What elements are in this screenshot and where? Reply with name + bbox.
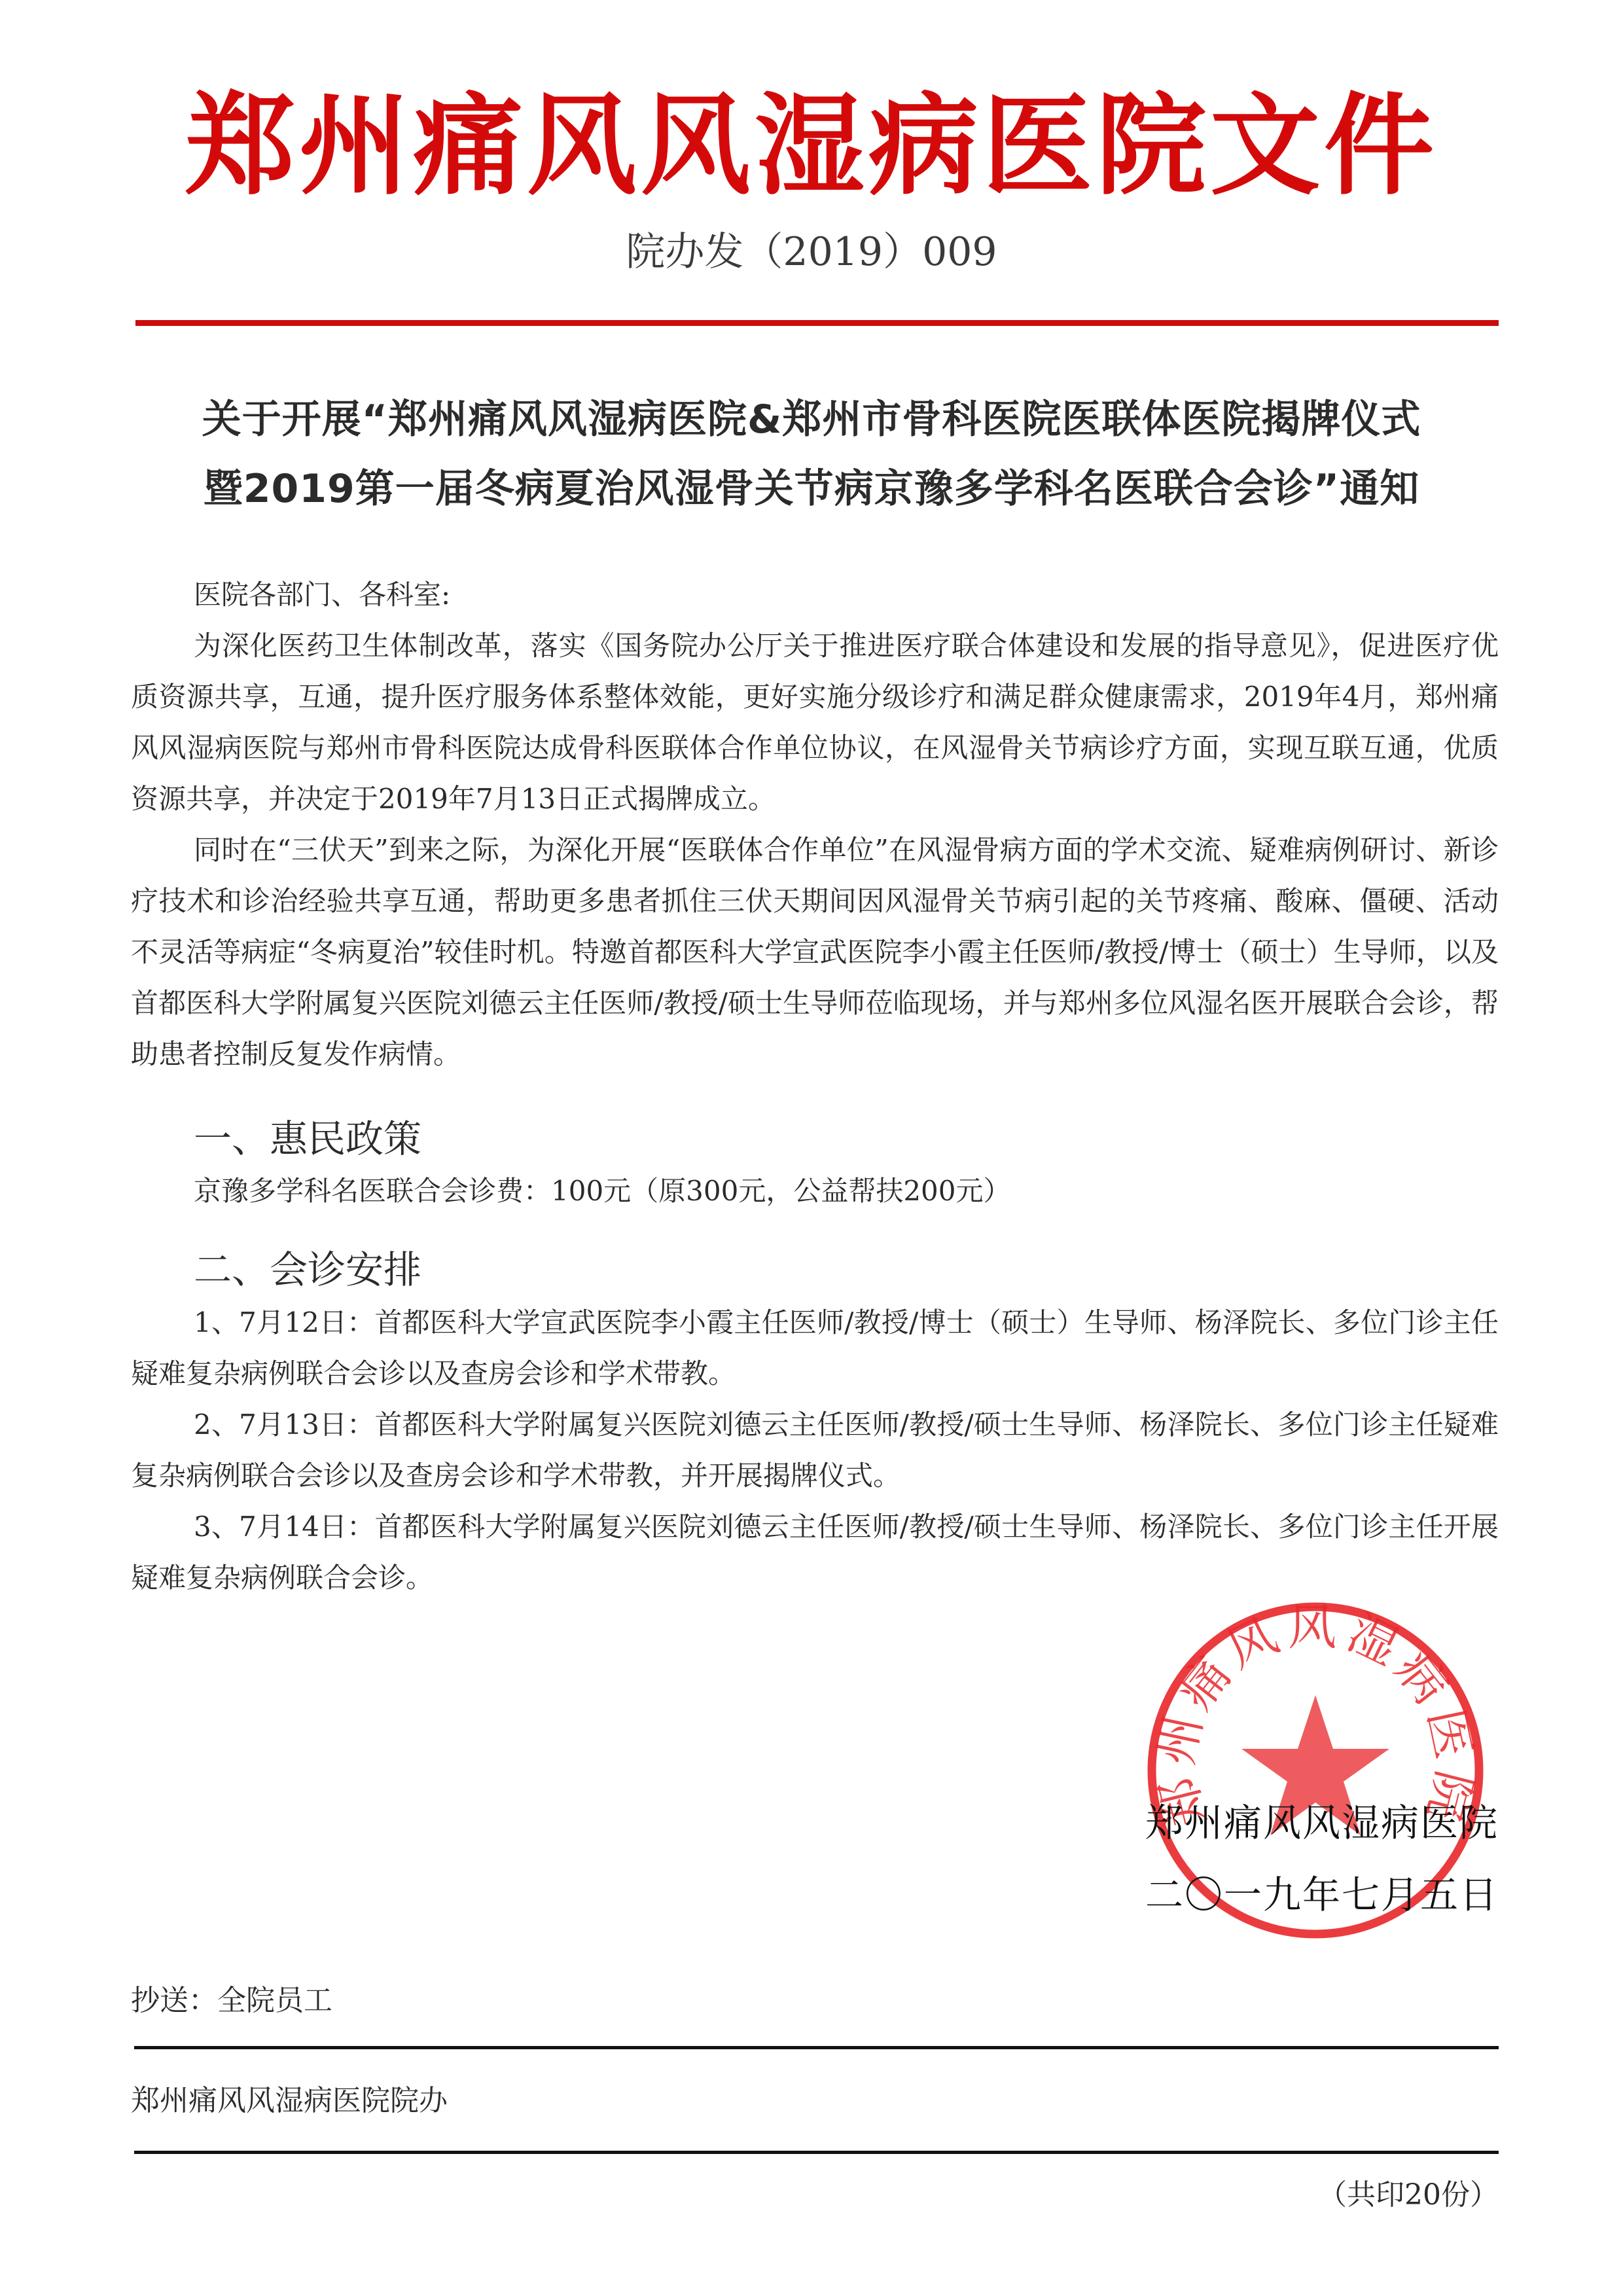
issuing-office: 郑州痛风风湿病医院院办 <box>131 2080 448 2122</box>
schedule-list: 1、7月12日：首都医科大学宣武医院李小霞主任医师/教授/博士（硕士）生导师、杨… <box>131 1297 1499 1604</box>
document-red-title: 郑州痛风风湿病医院文件 <box>0 84 1623 208</box>
notice-title-line-1: 关于开展“郑州痛风风湿病医院&郑州市骨科医院医联体医院揭牌仪式 <box>118 385 1505 454</box>
body-paragraph-2: 同时在“三伏天”到来之际，为深化开展“医联体合作单位”在风湿骨病方面的学术交流、… <box>131 825 1499 1080</box>
section-heading-policy: 一、惠民政策 <box>194 1113 421 1165</box>
notice-title: 关于开展“郑州痛风风湿病医院&郑州市骨科医院医联体医院揭牌仪式 暨2019第一届… <box>118 385 1505 524</box>
print-copies: （共印20份） <box>1318 2174 1499 2216</box>
signature-organization: 郑州痛风风湿病医院 <box>1145 1797 1499 1849</box>
cc-recipients: 抄送：全院员工 <box>131 1980 332 2022</box>
document-number: 院办发（2019）009 <box>0 226 1623 278</box>
paragraph-text: 同时在“三伏天”到来之际，为深化开展“医联体合作单位”在风湿骨病方面的学术交流、… <box>131 825 1499 1080</box>
schedule-item: 1、7月12日：首都医科大学宣武医院李小霞主任医师/教授/博士（硕士）生导师、杨… <box>131 1297 1499 1399</box>
salutation: 医院各部门、各科室: <box>131 569 1499 620</box>
footer-divider-bottom <box>134 2151 1499 2154</box>
red-divider <box>135 320 1499 326</box>
section-heading-schedule: 二、会诊安排 <box>194 1244 421 1296</box>
policy-text: 京豫多学科名医联合会诊费：100元（原300元，公益帮扶200元） <box>194 1168 1011 1214</box>
body-paragraph-1: 为深化医药卫生体制改革，落实《国务院办公厅关于推进医疗联合体建设和发展的指导意见… <box>131 620 1499 825</box>
signature-date: 二〇一九年七月五日 <box>1145 1869 1499 1921</box>
schedule-item: 2、7月13日：首都医科大学附属复兴医院刘德云主任医师/教授/硕士生导师、杨泽院… <box>131 1399 1499 1501</box>
notice-title-line-2: 暨2019第一届冬病夏治风湿骨关节病京豫多学科名医联合会诊”通知 <box>118 454 1505 524</box>
paragraph-text: 为深化医药卫生体制改革，落实《国务院办公厅关于推进医疗联合体建设和发展的指导意见… <box>131 620 1499 825</box>
schedule-item: 3、7月14日：首都医科大学附属复兴医院刘德云主任医师/教授/硕士生导师、杨泽院… <box>131 1501 1499 1604</box>
footer-divider-top <box>134 2046 1499 2049</box>
salutation-text: 医院各部门、各科室: <box>131 569 1499 620</box>
